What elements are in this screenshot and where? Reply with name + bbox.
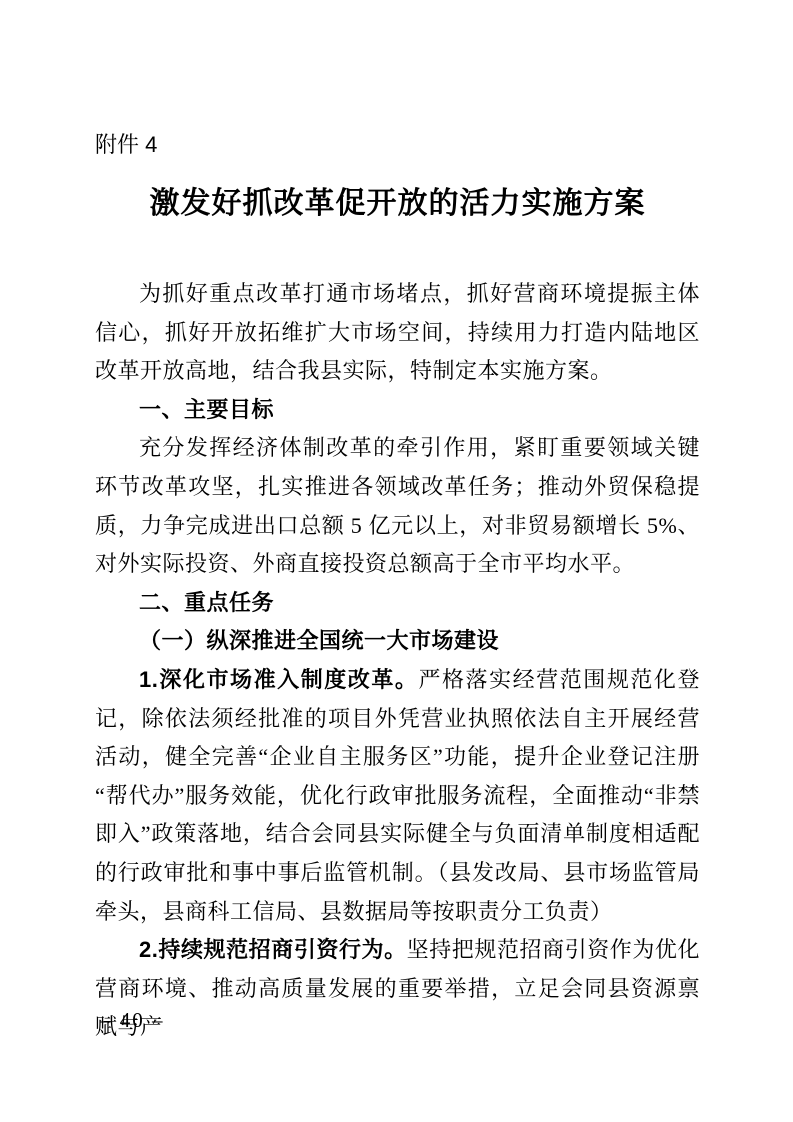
document-page: 附件 4 激发好抓改革促开放的活力实施方案 为抓好重点改革打通市场堵点，抓好营商… — [0, 0, 793, 1122]
document-body: 为抓好重点改革打通市场堵点，抓好营商环境提振主体信心，抓好开放拓维扩大市场空间，… — [95, 275, 700, 1047]
item-2-paragraph: 2.持续规范招商引资行为。坚持把规范招商引资作为优化营商环境、推动高质量发展的重… — [95, 931, 700, 1047]
section-heading-1: 一、主要目标 — [95, 391, 700, 430]
item-1-paragraph: 1.深化市场准入制度改革。严格落实经营范围规范化登记，除依法须经批准的项目外凭营… — [95, 661, 700, 931]
item-1-lead: 1.深化市场准入制度改革。 — [139, 667, 418, 692]
section-heading-2: 二、重点任务 — [95, 584, 700, 623]
page-number: – 40 – — [100, 1005, 165, 1035]
item-1-body: 严格落实经营范围规范化登记，除依法须经批准的项目外凭营业执照依法自主开展经营活动… — [95, 667, 700, 924]
item-2-lead: 2.持续规范招商引资行为。 — [139, 937, 407, 962]
attachment-label: 附件 4 — [95, 133, 700, 157]
section-1-paragraph: 充分发挥经济体制改革的牵引作用，紧盯重要领域关键环节改革攻坚，扎实推进各领域改革… — [95, 429, 700, 583]
intro-paragraph: 为抓好重点改革打通市场堵点，抓好营商环境提振主体信心，抓好开放拓维扩大市场空间，… — [95, 275, 700, 391]
document-title: 激发好抓改革促开放的活力实施方案 — [95, 183, 700, 225]
subsection-heading-1: （一）纵深推进全国统一大市场建设 — [95, 622, 700, 661]
